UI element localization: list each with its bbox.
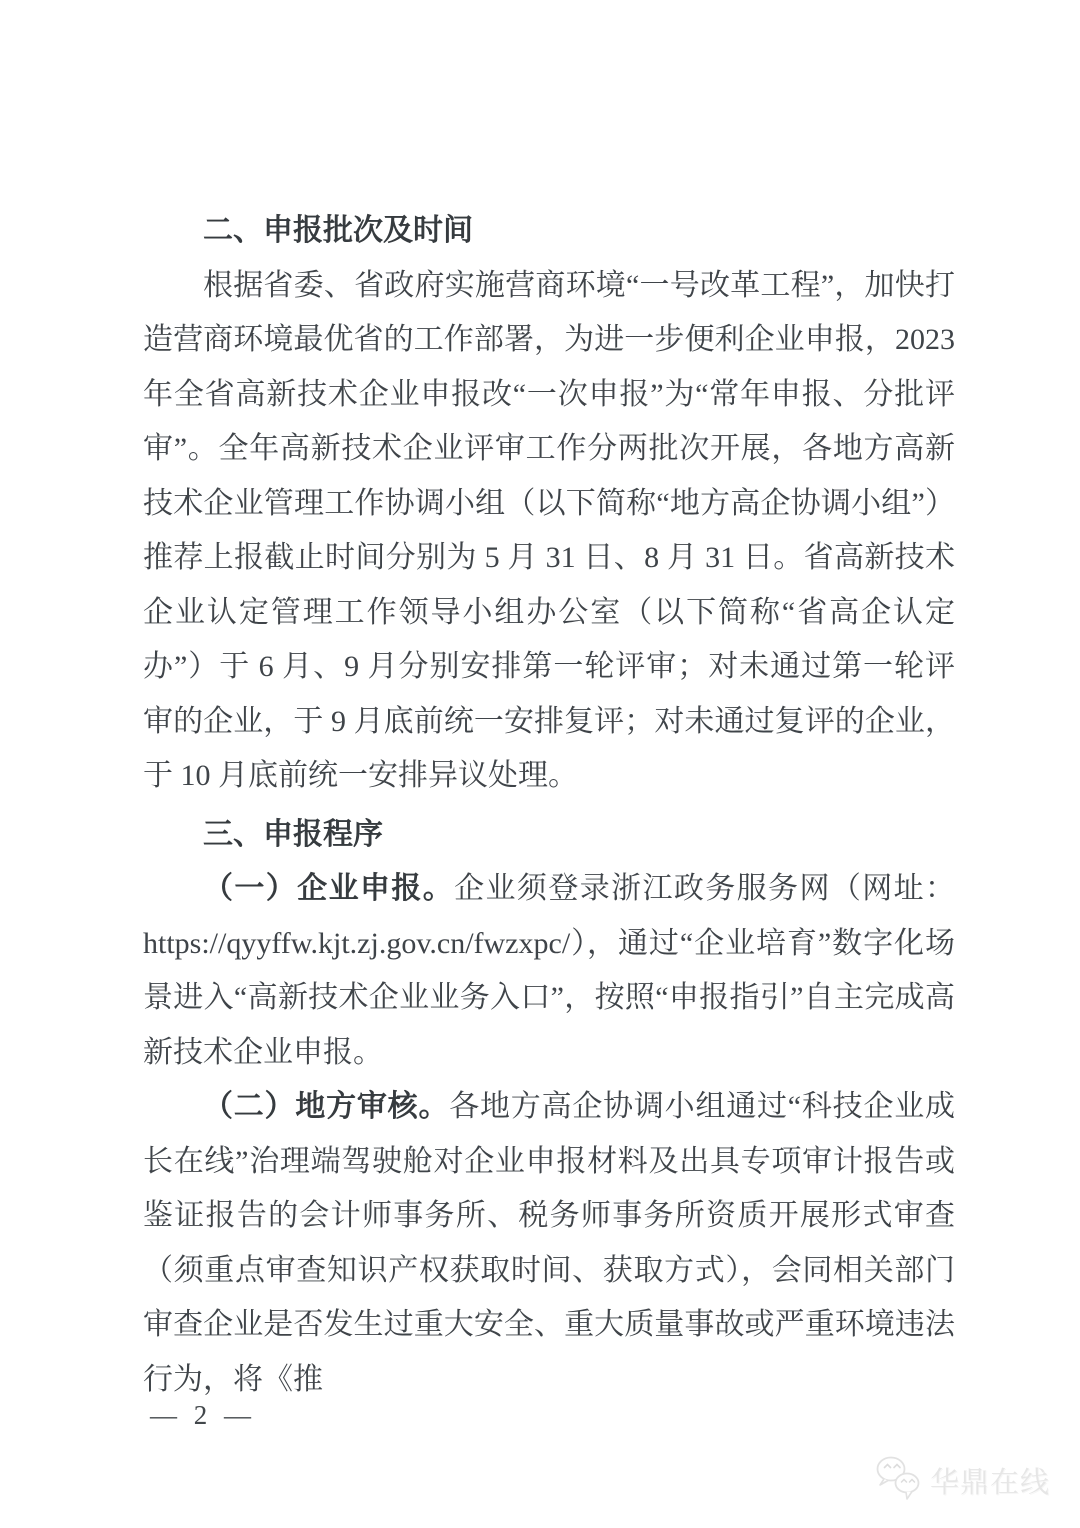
document-page: 二、申报批次及时间 根据省委、省政府实施营商环境“一号改革工程”，加快打造营商环…: [0, 0, 1080, 1528]
section-heading-batches: 二、申报批次及时间: [143, 204, 955, 259]
paragraph-text-local-review: 各地方高企协调小组通过“科技企业成长在线”治理端驾驶舱对企业申报材料及出具专项审…: [143, 1090, 955, 1396]
paragraph-lead-local-review: （二）地方审核。: [203, 1090, 449, 1123]
paragraph-lead-enterprise-application: （一）企业申报。: [203, 872, 454, 905]
paragraph-local-review: （二）地方审核。各地方高企协调小组通过“科技企业成长在线”治理端驾驶舱对企业申报…: [143, 1080, 955, 1407]
document-body: 二、申报批次及时间 根据省委、省政府实施营商环境“一号改革工程”，加快打造营商环…: [143, 204, 955, 1407]
section-heading-procedure: 三、申报程序: [143, 808, 955, 863]
watermark-text: 华鼎在线: [930, 1460, 1050, 1501]
wechat-icon: [874, 1455, 924, 1506]
page-number: — 2 —: [150, 1400, 252, 1431]
paragraph-enterprise-application: （一）企业申报。企业须登录浙江政务服务网（网址：https://qyyffw.k…: [143, 862, 955, 1080]
watermark: 华鼎在线: [874, 1455, 1050, 1506]
paragraph-batches: 根据省委、省政府实施营商环境“一号改革工程”，加快打造营商环境最优省的工作部署，…: [143, 259, 955, 804]
